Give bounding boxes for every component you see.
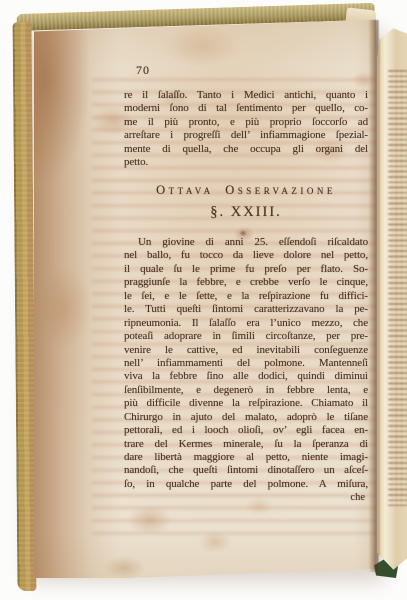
text-line: nell’ infiammamenti del polmone. Mantenn… <box>124 357 368 370</box>
text-line: le ſei, e le ſette, e la reſpirazione fu… <box>124 290 368 303</box>
text-line: viva la febbre ſino alle dodici, quindi … <box>124 370 368 383</box>
main-paragraph: Un giovine di anni 25. eſſendoſi riſcald… <box>124 236 368 491</box>
text-line: praggiunſe la febbre, e crebbe verſo le … <box>124 276 368 289</box>
text-line: me il più pronto, e più proprio ſoccorſo… <box>124 116 368 129</box>
text-line: ſenſibilmente, e degenerò in febbre lent… <box>124 384 368 397</box>
text-line: re il ſalaſſo. Tanto i Medici antichi, q… <box>124 89 368 102</box>
text-line: Un giovine di anni 25. eſſendoſi riſcald… <box>124 236 368 249</box>
text-line: petto. <box>124 156 368 169</box>
text-line: più difficile divenne la reſpirazione. C… <box>124 397 368 410</box>
book-photo: 70 re il ſalaſſo. Tanto i Medici antichi… <box>0 0 407 600</box>
text-line: dare libertà maggiore al petto, niente i… <box>124 451 368 464</box>
catchword: che <box>350 492 365 503</box>
text-line: nel ballo, fu tocco da lieve dolore nel … <box>124 249 368 262</box>
book-page: 70 re il ſalaſſo. Tanto i Medici antichi… <box>34 18 376 578</box>
text-line: moderni ſono di tal ſentimento per quell… <box>124 102 368 115</box>
facing-page-edge <box>377 20 407 572</box>
gutter-shadow <box>34 18 120 578</box>
section-number: §. XXIII. <box>124 204 368 221</box>
text-line: mente di quella, che occupa gli organi d… <box>124 143 368 156</box>
text-line: trare del Kermes minerale, ſu la ſperanz… <box>124 438 368 451</box>
page-number: 70 <box>136 63 150 78</box>
text-line: venire le cattive, ed inevitabili conſeg… <box>124 344 368 357</box>
paragraph-continuation: re il ſalaſſo. Tanto i Medici antichi, q… <box>124 89 368 170</box>
text-line: nandoſi, che queſti ſintomi dinotaſſero … <box>124 464 368 477</box>
observation-heading: Ottava Osservazione <box>124 183 368 198</box>
text-line: ripneumonia. Il ſalaſſo era l’unico mezz… <box>124 317 368 330</box>
text-line: pettorali, ed i looch olioſi, ov’ egli f… <box>124 424 368 437</box>
printed-content: 70 re il ſalaſſo. Tanto i Medici antichi… <box>124 18 368 578</box>
text-line: il quale ſu le prime fu preſo per flato.… <box>124 263 368 276</box>
text-line: arreſtare i progreſſi dell’ infiammagion… <box>124 129 368 142</box>
text-line: le. Tutti queſti ſintomi caratterizzavan… <box>124 303 368 316</box>
text-line: poteaſi adoprare in ſimili circoſtanze, … <box>124 330 368 343</box>
text-line: ſo, in qualche parte del polmone. A miſu… <box>124 478 368 491</box>
text-line: Chirurgo in ajuto del malato, adoprò le … <box>124 411 368 424</box>
